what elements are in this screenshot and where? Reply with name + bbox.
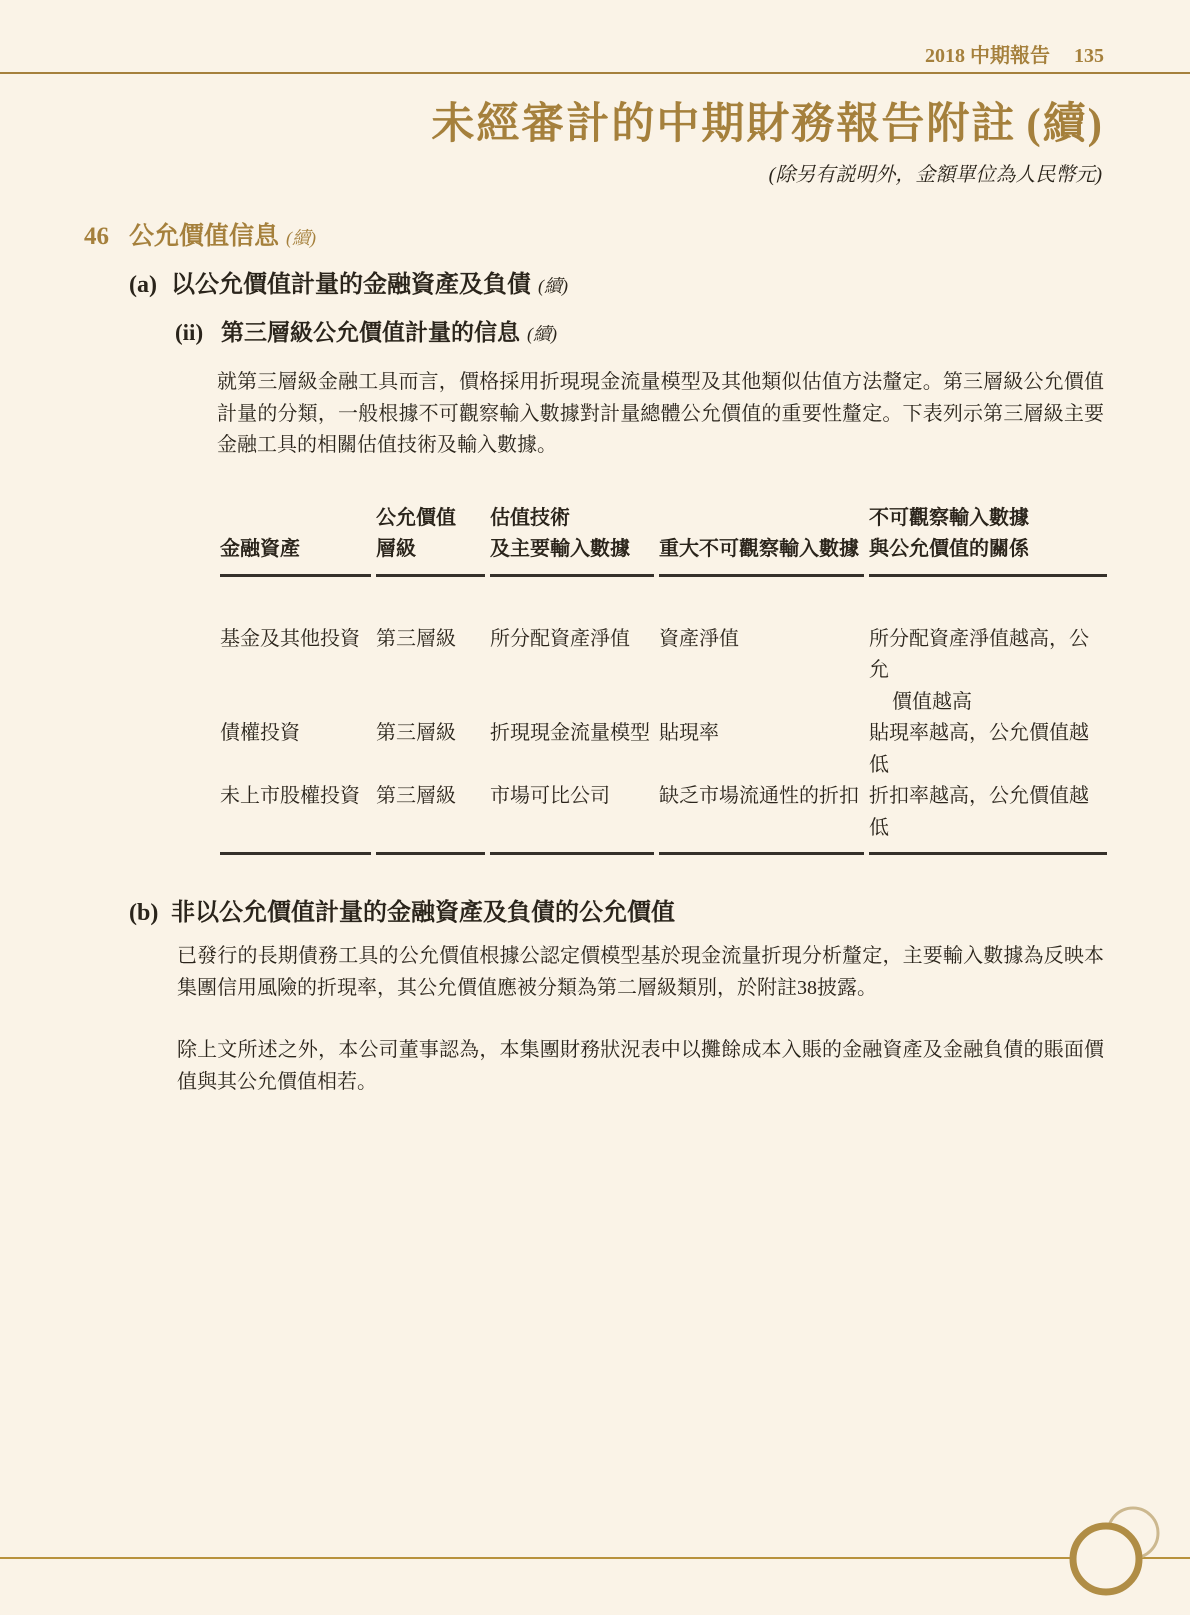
header-rule: [0, 72, 1190, 74]
level3-intro-paragraph: 就第三層級金融工具而言，價格採用折現現金流量模型及其他類似估值方法釐定。第三層級…: [217, 367, 1104, 462]
cell-text: 基金及其他投資: [220, 624, 371, 656]
header-line: 公允價值: [376, 503, 485, 535]
table-row: 未上市股權投資 第三層級 市場可比公司 缺乏市場流通性的折扣 折扣率越高，公允價…: [220, 781, 1107, 855]
fair-value-table: 金融資產 公允價值 層級 估值技術 及主要輸入數據 重大不可觀察輸入數據 不可觀…: [215, 503, 1112, 856]
header-line: 不可觀察輸入數據: [869, 503, 1107, 535]
subsection-ii-cont: (續): [527, 324, 557, 344]
cell-text: 缺乏市場流通性的折扣: [659, 781, 864, 813]
cell-text: 債權投資: [220, 718, 371, 750]
subsection-a-heading: (a)以公允價值計量的金融資產及負債(續): [129, 269, 1190, 302]
section-number: 46: [84, 222, 129, 252]
header-line: 與公允價值的關係: [869, 534, 1107, 566]
subsection-b-heading: (b)非以公允價值計量的金融資產及負債的公允價值: [129, 897, 1190, 929]
page-number: 135: [1074, 45, 1104, 67]
table-cell: 所分配資產淨值越高，公允 價值越高: [869, 577, 1107, 719]
section-cont: (續): [286, 228, 316, 248]
table-cell: 基金及其他投資: [220, 577, 371, 719]
table-cell: 第三層級: [376, 577, 485, 719]
table-cell: 第三層級: [376, 718, 485, 781]
table-cell: 債權投資: [220, 718, 371, 781]
cell-text: 折扣率越高，公允價值越低: [869, 781, 1107, 844]
subsection-b-paragraph-1: 已發行的長期債務工具的公允價值根據公認定價模型基於現金流量折現分析釐定，主要輸入…: [177, 941, 1104, 1004]
cell-text: 折現現金流量模型: [490, 718, 654, 750]
header-financial-asset: 金融資產: [220, 503, 371, 577]
subsection-ii-label: (ii): [175, 317, 221, 348]
cell-text: 市場可比公司: [490, 781, 654, 813]
table-cell: 資產淨值: [659, 577, 864, 719]
table-cell: 貼現率: [659, 718, 864, 781]
table-header: 金融資產 公允價值 層級 估值技術 及主要輸入數據 重大不可觀察輸入數據 不可觀…: [220, 503, 1107, 577]
header-valuation-technique: 估值技術 及主要輸入數據: [490, 503, 654, 577]
table-cell: 未上市股權投資: [220, 781, 371, 855]
subsection-a-label: (a): [129, 269, 171, 301]
subsection-a-cont: (續): [538, 276, 568, 296]
header-line: 估值技術: [490, 503, 654, 535]
cell-text: 資產淨值: [659, 624, 864, 656]
header-line: 重大不可觀察輸入數據: [659, 534, 864, 566]
subsection-b-title: 非以公允價值計量的金融資產及負債的公允價值: [171, 900, 675, 926]
table-cell: 所分配資產淨值: [490, 577, 654, 719]
table-cell: 第三層級: [376, 781, 485, 855]
header-line: 金融資產: [220, 534, 371, 566]
large-circle-icon: [1073, 1526, 1139, 1592]
document-title: 未經審計的中期財務報告附註(續): [0, 100, 1190, 150]
table-cell: 缺乏市場流通性的折扣: [659, 781, 864, 855]
cell-text: 貼現率越高，公允價值越低: [869, 718, 1107, 781]
header-relationship: 不可觀察輸入數據 與公允價值的關係: [869, 503, 1107, 577]
subsection-ii-heading: (ii)第三層級公允價值計量的信息(續): [175, 317, 1190, 350]
cell-text: 所分配資產淨值越高，公允: [869, 624, 1107, 687]
subsection-ii-title: 第三層級公允價值計量的信息: [221, 320, 520, 345]
cell-text: 未上市股權投資: [220, 781, 371, 813]
header-line: 及主要輸入數據: [490, 534, 654, 566]
subsection-b-paragraph-2: 除上文所述之外，本公司董事認為，本集團財務狀況表中以攤餘成本入賬的金融資產及金融…: [177, 1035, 1104, 1098]
subsection-b-label: (b): [129, 897, 171, 929]
header-fv-level: 公允價值 層級: [376, 503, 485, 577]
cell-text: 價值越高: [869, 687, 1107, 719]
section-title: 公允價值信息: [129, 223, 279, 250]
document-title-cont: (續): [1026, 101, 1104, 148]
cell-text: 所分配資產淨值: [490, 624, 654, 656]
currency-note: (除另有説明外，金額單位為人民幣元): [0, 162, 1190, 188]
document-page: 2018 中期報告135 未經審計的中期財務報告附註(續) (除另有説明外，金額…: [0, 0, 1190, 1615]
cell-text: 貼現率: [659, 718, 864, 750]
cell-text: 第三層級: [376, 718, 485, 750]
table-cell: 折現現金流量模型: [490, 718, 654, 781]
table-cell: 折扣率越高，公允價值越低: [869, 781, 1107, 855]
header-line: 層級: [376, 534, 485, 566]
table-row: 基金及其他投資 第三層級 所分配資產淨值 資產淨值 所分配資產淨值越高，公允 價…: [220, 577, 1107, 719]
footer-decoration: [0, 1492, 1190, 1615]
table-row: 債權投資 第三層級 折現現金流量模型 貼現率 貼現率越高，公允價值越低: [220, 718, 1107, 781]
document-title-text: 未經審計的中期財務報告附註: [431, 101, 1016, 148]
report-name: 2018 中期報告: [925, 45, 1050, 67]
header-unobservable-inputs: 重大不可觀察輸入數據: [659, 503, 864, 577]
cell-text: 第三層級: [376, 781, 485, 813]
running-header: 2018 中期報告135: [0, 0, 1190, 68]
subsection-a-title: 以公允價值計量的金融資產及負債: [171, 272, 531, 298]
table-cell: 市場可比公司: [490, 781, 654, 855]
cell-text: 第三層級: [376, 624, 485, 656]
section-46-heading: 46公允價值信息(續): [84, 222, 1190, 253]
table-cell: 貼現率越高，公允價值越低: [869, 718, 1107, 781]
